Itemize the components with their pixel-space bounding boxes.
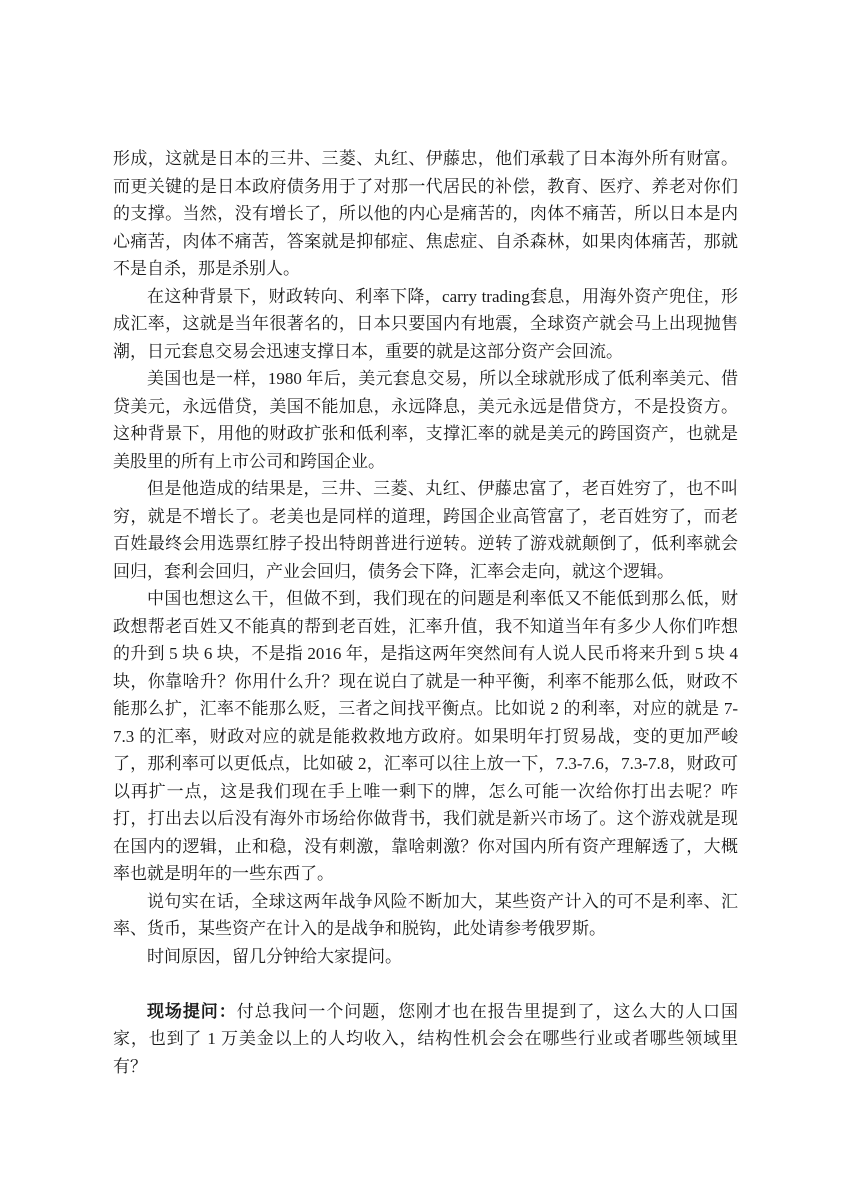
paragraph-usa-1980: 美国也是一样，1980 年后，美元套息交易，所以全球就形成了低利率美元、借贷美元…: [113, 365, 738, 475]
paragraph-china-balance: 中国也想这么干，但做不到，我们现在的问题是利率低又不能低到那么低，财政想帮老百姓…: [113, 585, 738, 888]
question-label: 现场提问：: [147, 1002, 237, 1021]
paragraph-carry-trading: 在这种背景下，财政转向、利率下降，carry trading套息，用海外资产兜住…: [113, 283, 738, 366]
paragraph-war-risk: 说句实在话，全球这两年战争风险不断加大，某些资产计入的可不是利率、汇率、货币，某…: [113, 888, 738, 943]
document-page: 形成，这就是日本的三井、三菱、丸红、伊藤忠，他们承载了日本海外所有财富。而更关键…: [0, 0, 849, 1200]
paragraph-time-note: 时间原因，留几分钟给大家提问。: [113, 943, 738, 971]
paragraph-result-reversal: 但是他造成的结果是，三井、三菱、丸红、伊藤忠富了，老百姓穷了，也不叫穷，就是不增…: [113, 475, 738, 585]
paragraph-audience-question: 现场提问：付总我问一个问题，您刚才也在报告里提到了，这么大的人口国家，也到了 1…: [113, 998, 738, 1081]
paragraph-japan-wealth: 形成，这就是日本的三井、三菱、丸红、伊藤忠，他们承载了日本海外所有财富。而更关键…: [113, 145, 738, 283]
text-content: 形成，这就是日本的三井、三菱、丸红、伊藤忠，他们承载了日本海外所有财富。而更关键…: [113, 145, 738, 1080]
